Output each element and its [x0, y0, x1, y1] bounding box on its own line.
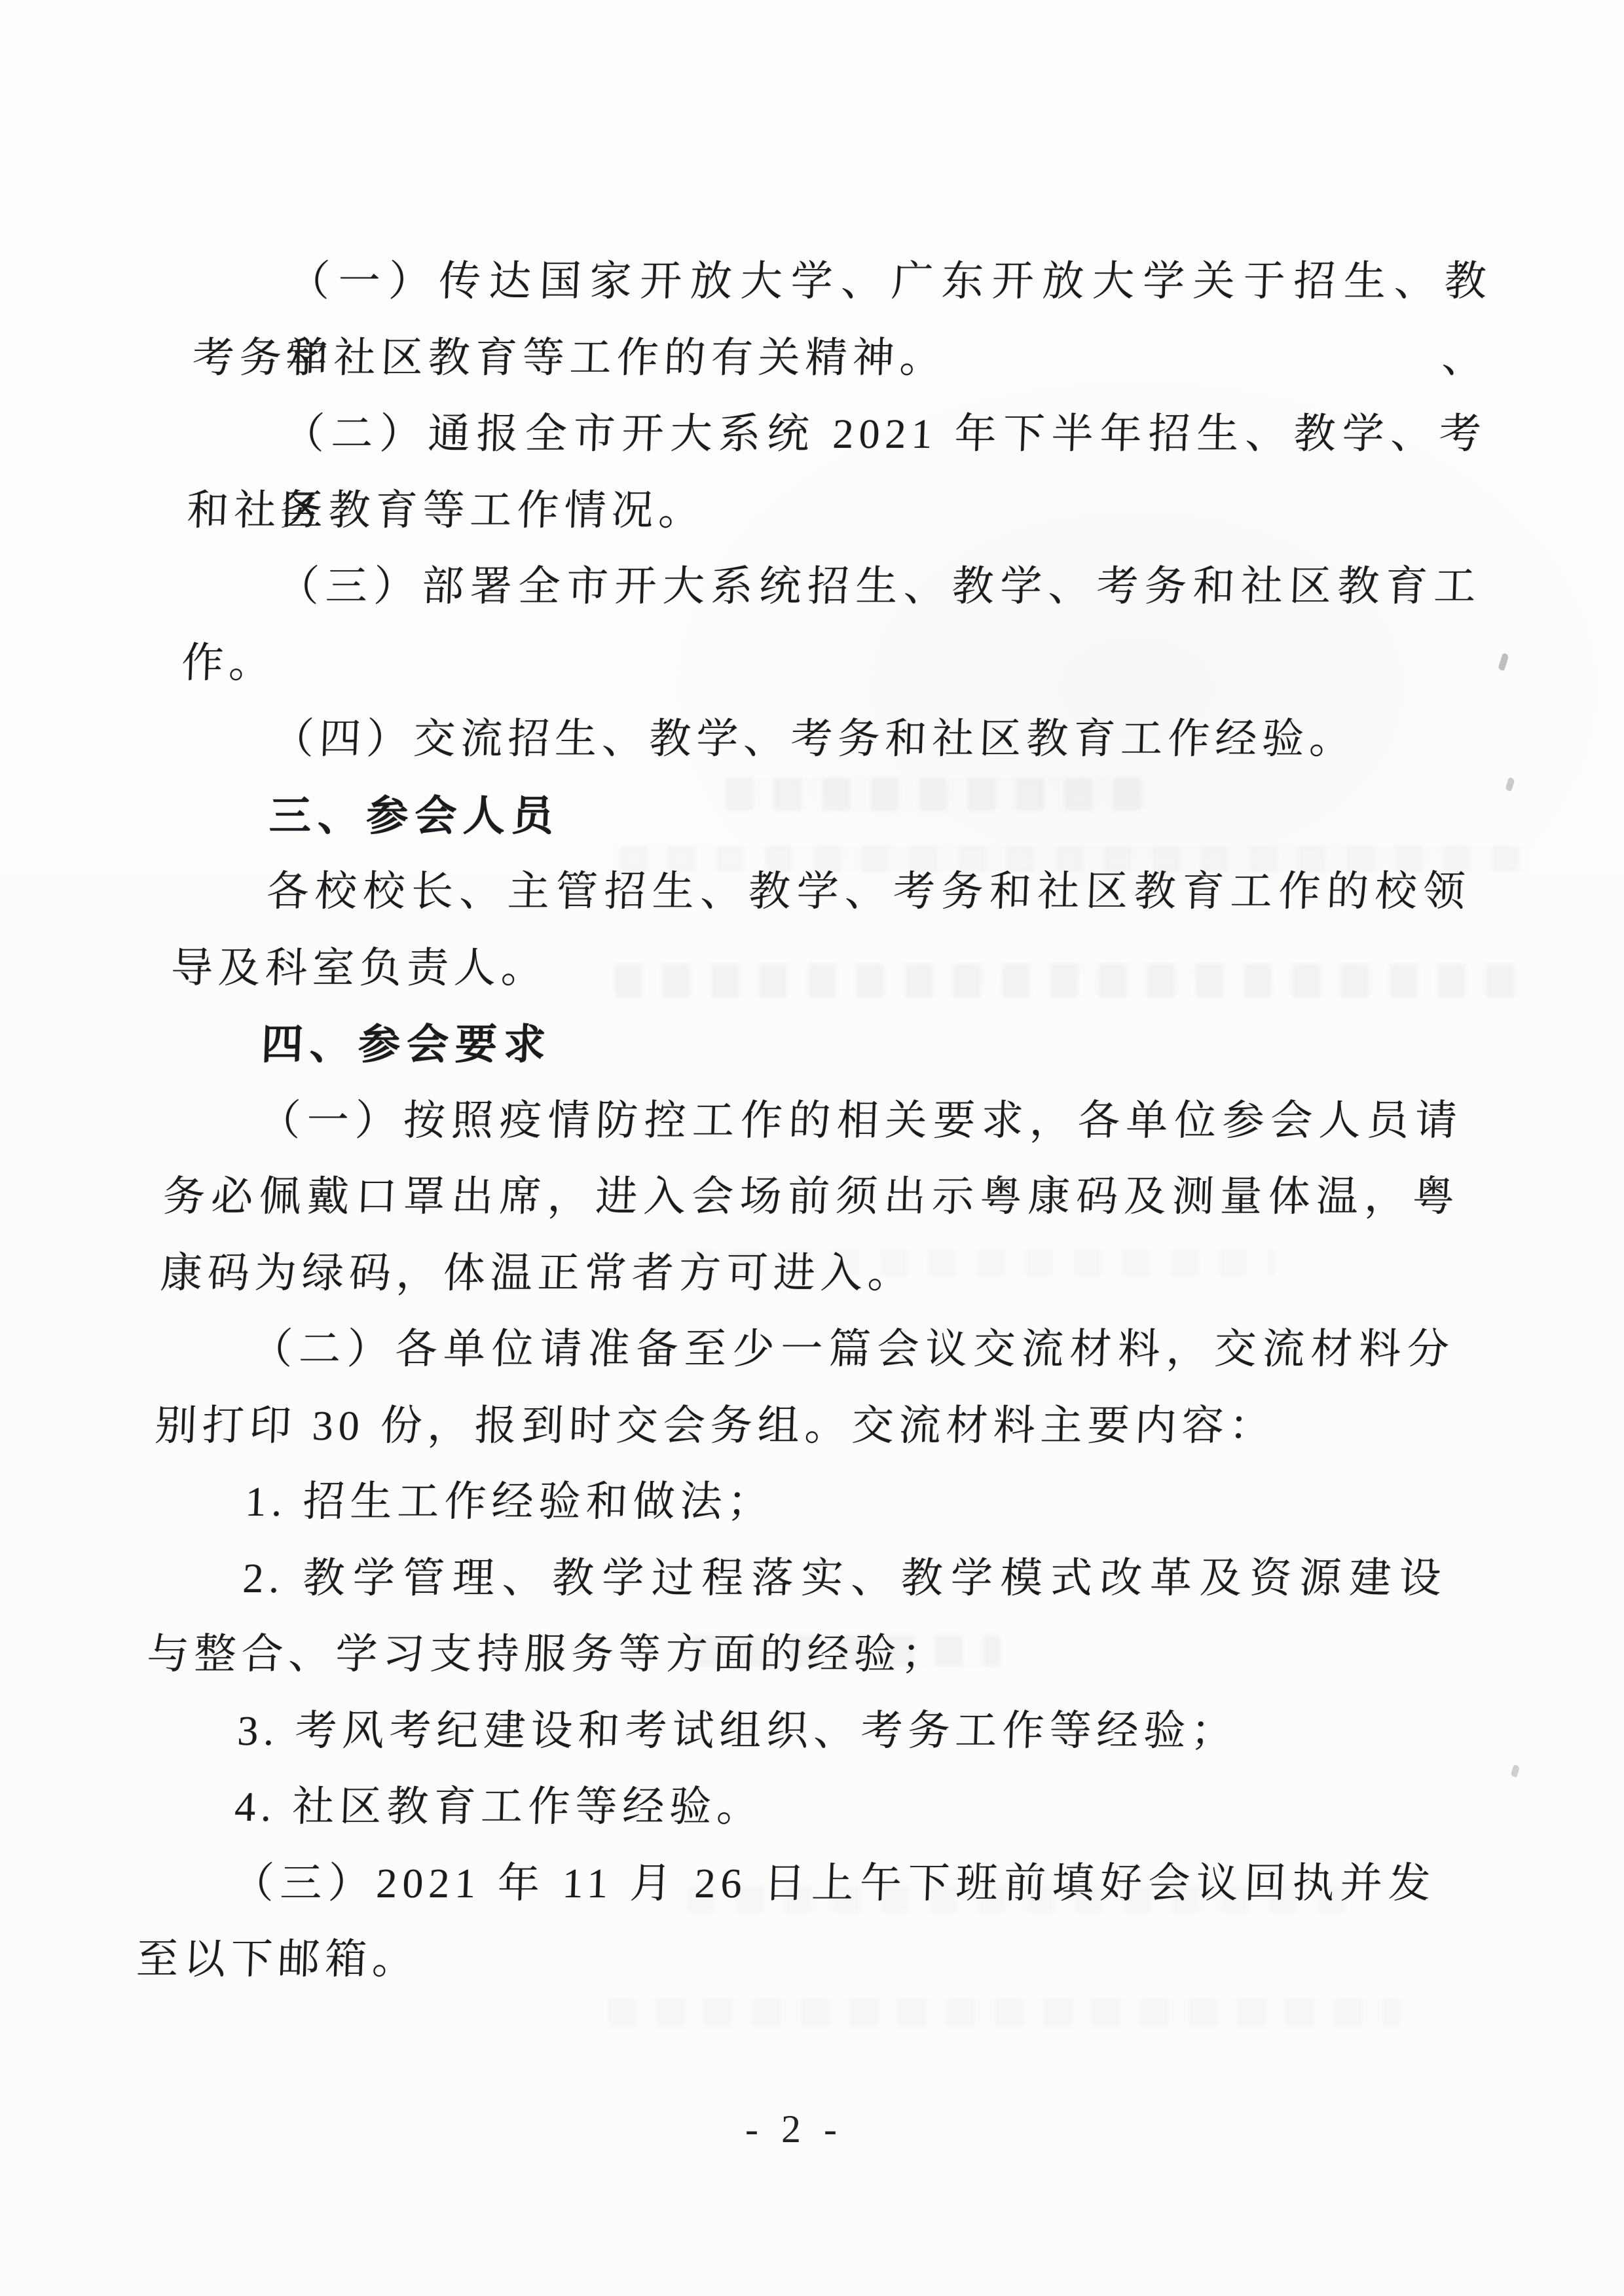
text-line: 2. 教学管理、教学过程落实、教学模式改革及资源建设: [149, 1540, 1448, 1617]
text-line: 四、参会要求: [167, 1006, 1466, 1083]
text-line: （二）通报全市开大系统 2021 年下半年招生、教学、考务: [189, 396, 1488, 473]
document-body: （一）传达国家开放大学、广东开放大学关于招生、教学、考务和社区教育等工作的有关精…: [135, 244, 1493, 1998]
text-line: 三、参会人员: [175, 778, 1474, 854]
text-line: （二）各单位请准备至少一篇会议交流材料，交流材料分: [157, 1311, 1456, 1388]
text-line: 和社区教育等工作情况。: [186, 473, 1485, 549]
text-line: 4. 社区教育工作等经验。: [140, 1769, 1439, 1846]
scan-speck: [1498, 653, 1509, 671]
scan-speck: [1505, 777, 1515, 792]
text-line: 至以下邮箱。: [135, 1922, 1434, 1998]
text-line: 作。: [180, 625, 1479, 702]
text-line: （一）按照疫情防控工作的相关要求，各单位参会人员请: [164, 1083, 1464, 1159]
text-line: 1. 招生工作经验和做法；: [151, 1464, 1450, 1540]
text-line: 导及科室负责人。: [170, 930, 1469, 1007]
text-line: （一）传达国家开放大学、广东开放大学关于招生、教学、: [194, 244, 1493, 320]
document-page: （一）传达国家开放大学、广东开放大学关于招生、教学、考务和社区教育等工作的有关精…: [0, 0, 1624, 2296]
text-line: （四）交流招生、教学、考务和社区教育工作经验。: [177, 701, 1477, 778]
page-number: - 2 -: [745, 2107, 843, 2152]
text-line: 康码为绿码，体温正常者方可进入。: [159, 1235, 1458, 1312]
bleed-through-artifact: [608, 1998, 1400, 2027]
text-line: 各校校长、主管招生、教学、考务和社区教育工作的校领: [172, 854, 1471, 930]
text-line: （三）部署全市开大系统招生、教学、考务和社区教育工: [183, 549, 1482, 625]
text-line: （三）2021 年 11 月 26 日上午下班前填好会议回执并发: [138, 1846, 1437, 1922]
text-line: 与整合、学习支持服务等方面的经验；: [145, 1616, 1445, 1693]
text-line: 别打印 30 份，报到时交会务组。交流材料主要内容：: [154, 1388, 1453, 1465]
text-line: 务必佩戴口罩出席，进入会场前须出示粤康码及测量体温，粤: [162, 1159, 1461, 1235]
text-line: 3. 考风考纪建设和考试组织、考务工作等经验；: [143, 1693, 1442, 1770]
scan-speck: [1510, 1764, 1520, 1777]
